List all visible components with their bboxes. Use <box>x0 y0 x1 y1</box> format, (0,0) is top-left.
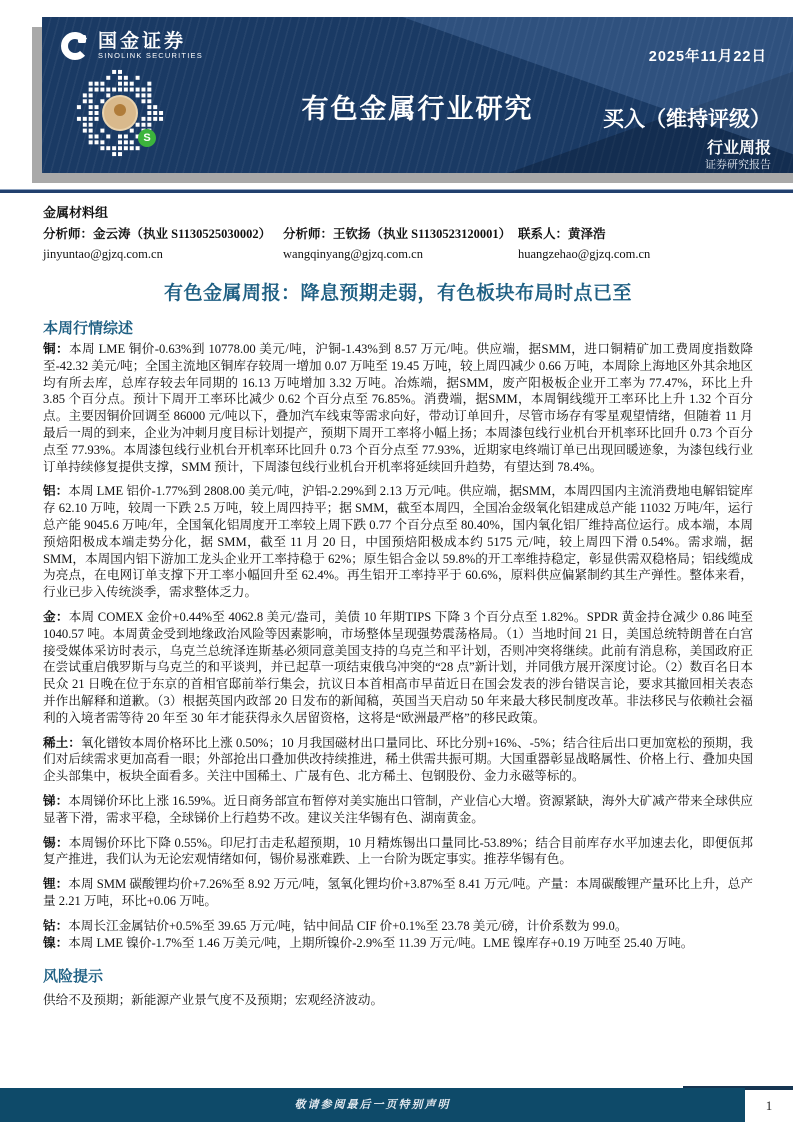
rating-badge: 买入（维持评级） <box>603 103 771 133</box>
brand-name: 国金证券 <box>98 32 203 52</box>
paragraph-text: 本周 LME 铜价-0.63%到 10778.00 美元/吨，沪铜-1.43%到… <box>43 342 753 474</box>
header-divider <box>0 189 793 193</box>
page-title: 有色金属周报：降息预期走弱，有色板块布局时点已至 <box>43 278 753 305</box>
team-row: 分析师：金云涛（执业 S1130525030002） jinyuntao@gjz… <box>43 225 753 264</box>
paragraph-text: 本周锑价环比上涨 16.59%。近日商务部宣布暂停对美实施出口管制，产业信心大增… <box>43 794 753 825</box>
paragraph-label: 锡： <box>43 836 69 850</box>
analyst-role: 分析师：金云涛（执业 S1130525030002） <box>43 225 283 244</box>
paragraph-label: 镍： <box>43 936 68 950</box>
report-header-banner: 国金证券 SINOLINK SECURITIES 2025年11月22日 S 有… <box>42 17 793 173</box>
report-label: 证券研究报告 <box>705 156 771 172</box>
brand-text: 国金证券 SINOLINK SECURITIES <box>98 32 203 61</box>
paragraph-text: 本周长江金属钴价+0.5%至 39.65 万元/吨，钴中间品 CIF 价+0.1… <box>68 919 627 933</box>
section-heading-market-review: 本周行情综述 <box>43 317 753 338</box>
paragraph-text: 本周 LME 铝价-1.77%到 2808.00 美元/吨，沪铝-2.29%到 … <box>43 484 753 599</box>
paragraph-gold: 金：本周 COMEX 金价+0.44%至 4062.8 美元/盎司，美债 10 … <box>43 609 753 727</box>
paragraph-cobalt: 钴：本周长江金属钴价+0.5%至 39.65 万元/吨，钴中间品 CIF 价+0… <box>43 918 753 935</box>
paragraph-antimony: 锑：本周锑价环比上涨 16.59%。近日商务部宣布暂停对美实施出口管制，产业信心… <box>43 793 753 827</box>
report-body: 有色金属周报：降息预期走弱，有色板块布局时点已至 本周行情综述 铜：本周 LME… <box>43 278 753 1009</box>
paragraph-label: 钴： <box>43 919 68 933</box>
report-type: 行业周报 <box>707 135 771 158</box>
analyst-email: jinyuntao@gjzq.com.cn <box>43 244 283 264</box>
analyst-role: 分析师：王钦扬（执业 S1130523120001） <box>283 225 518 244</box>
paragraph-label: 稀土： <box>43 736 81 750</box>
footer-bar: 敬请参阅最后一页特别声明 1 <box>0 1088 793 1122</box>
paragraph-label: 铜： <box>43 342 69 356</box>
sinolink-logo-icon <box>60 31 90 61</box>
footer-disclaimer: 敬请参阅最后一页特别声明 <box>0 1088 745 1122</box>
paragraph-copper: 铜：本周 LME 铜价-0.63%到 10778.00 美元/吨，沪铜-1.43… <box>43 341 753 475</box>
paragraph-label: 锂： <box>43 877 68 891</box>
paragraph-text: 本周 SMM 碳酸锂均价+7.26%至 8.92 万元/吨，氢氧化锂均价+3.8… <box>43 877 753 908</box>
risk-text: 供给不及预期；新能源产业景气度不及预期；宏观经济波动。 <box>43 992 753 1009</box>
paragraph-text: 本周锡价环比下降 0.55%。印尼打击走私超预期，10 月精炼锡出口量同比-53… <box>43 836 753 867</box>
page-number: 1 <box>745 1088 793 1122</box>
analyst-team-block: 金属材料组 分析师：金云涛（执业 S1130525030002） jinyunt… <box>43 202 753 264</box>
paragraph-lithium: 锂：本周 SMM 碳酸锂均价+7.26%至 8.92 万元/吨，氢氧化锂均价+3… <box>43 876 753 910</box>
paragraph-label: 金： <box>43 610 69 624</box>
analyst-column: 联系人：黄泽浩 huangzehao@gjzq.com.cn <box>518 225 753 264</box>
paragraph-tin: 锡：本周锡价环比下降 0.55%。印尼打击走私超预期，10 月精炼锡出口量同比-… <box>43 835 753 869</box>
paragraph-label: 锑： <box>43 794 68 808</box>
analyst-column: 分析师：金云涛（执业 S1130525030002） jinyuntao@gjz… <box>43 225 283 264</box>
analyst-email: wangqinyang@gjzq.com.cn <box>283 244 518 264</box>
paragraph-label: 铝： <box>43 484 68 498</box>
paragraph-text: 本周 COMEX 金价+0.44%至 4062.8 美元/盎司，美债 10 年期… <box>43 610 753 725</box>
paragraph-aluminum: 铝：本周 LME 铝价-1.77%到 2808.00 美元/吨，沪铝-2.29%… <box>43 483 753 601</box>
paragraph-text: 氧化镨钕本周价格环比上涨 0.50%；10 月我国磁材出口量同比、环比分别+16… <box>43 736 753 784</box>
brand-subtitle: SINOLINK SECURITIES <box>98 51 203 60</box>
paragraph-text: 本周 LME 镍价-1.7%至 1.46 万美元/吨，上期所镍价-2.9%至 1… <box>68 936 693 950</box>
team-group-name: 金属材料组 <box>43 202 753 221</box>
analyst-email: huangzehao@gjzq.com.cn <box>518 244 753 264</box>
paragraph-rare-earth: 稀土：氧化镨钕本周价格环比上涨 0.50%；10 月我国磁材出口量同比、环比分别… <box>43 735 753 785</box>
paragraph-nickel: 镍：本周 LME 镍价-1.7%至 1.46 万美元/吨，上期所镍价-2.9%至… <box>43 935 753 952</box>
wechat-icon: S <box>138 129 156 147</box>
section-heading-risk: 风险提示 <box>43 965 753 986</box>
analyst-column: 分析师：王钦扬（执业 S1130523120001） wangqinyang@g… <box>283 225 518 264</box>
report-page: 国金证券 SINOLINK SECURITIES 2025年11月22日 S 有… <box>0 0 793 1122</box>
analyst-role: 联系人：黄泽浩 <box>518 225 753 244</box>
report-date: 2025年11月22日 <box>649 45 767 66</box>
brand-logo: 国金证券 SINOLINK SECURITIES <box>60 31 203 61</box>
